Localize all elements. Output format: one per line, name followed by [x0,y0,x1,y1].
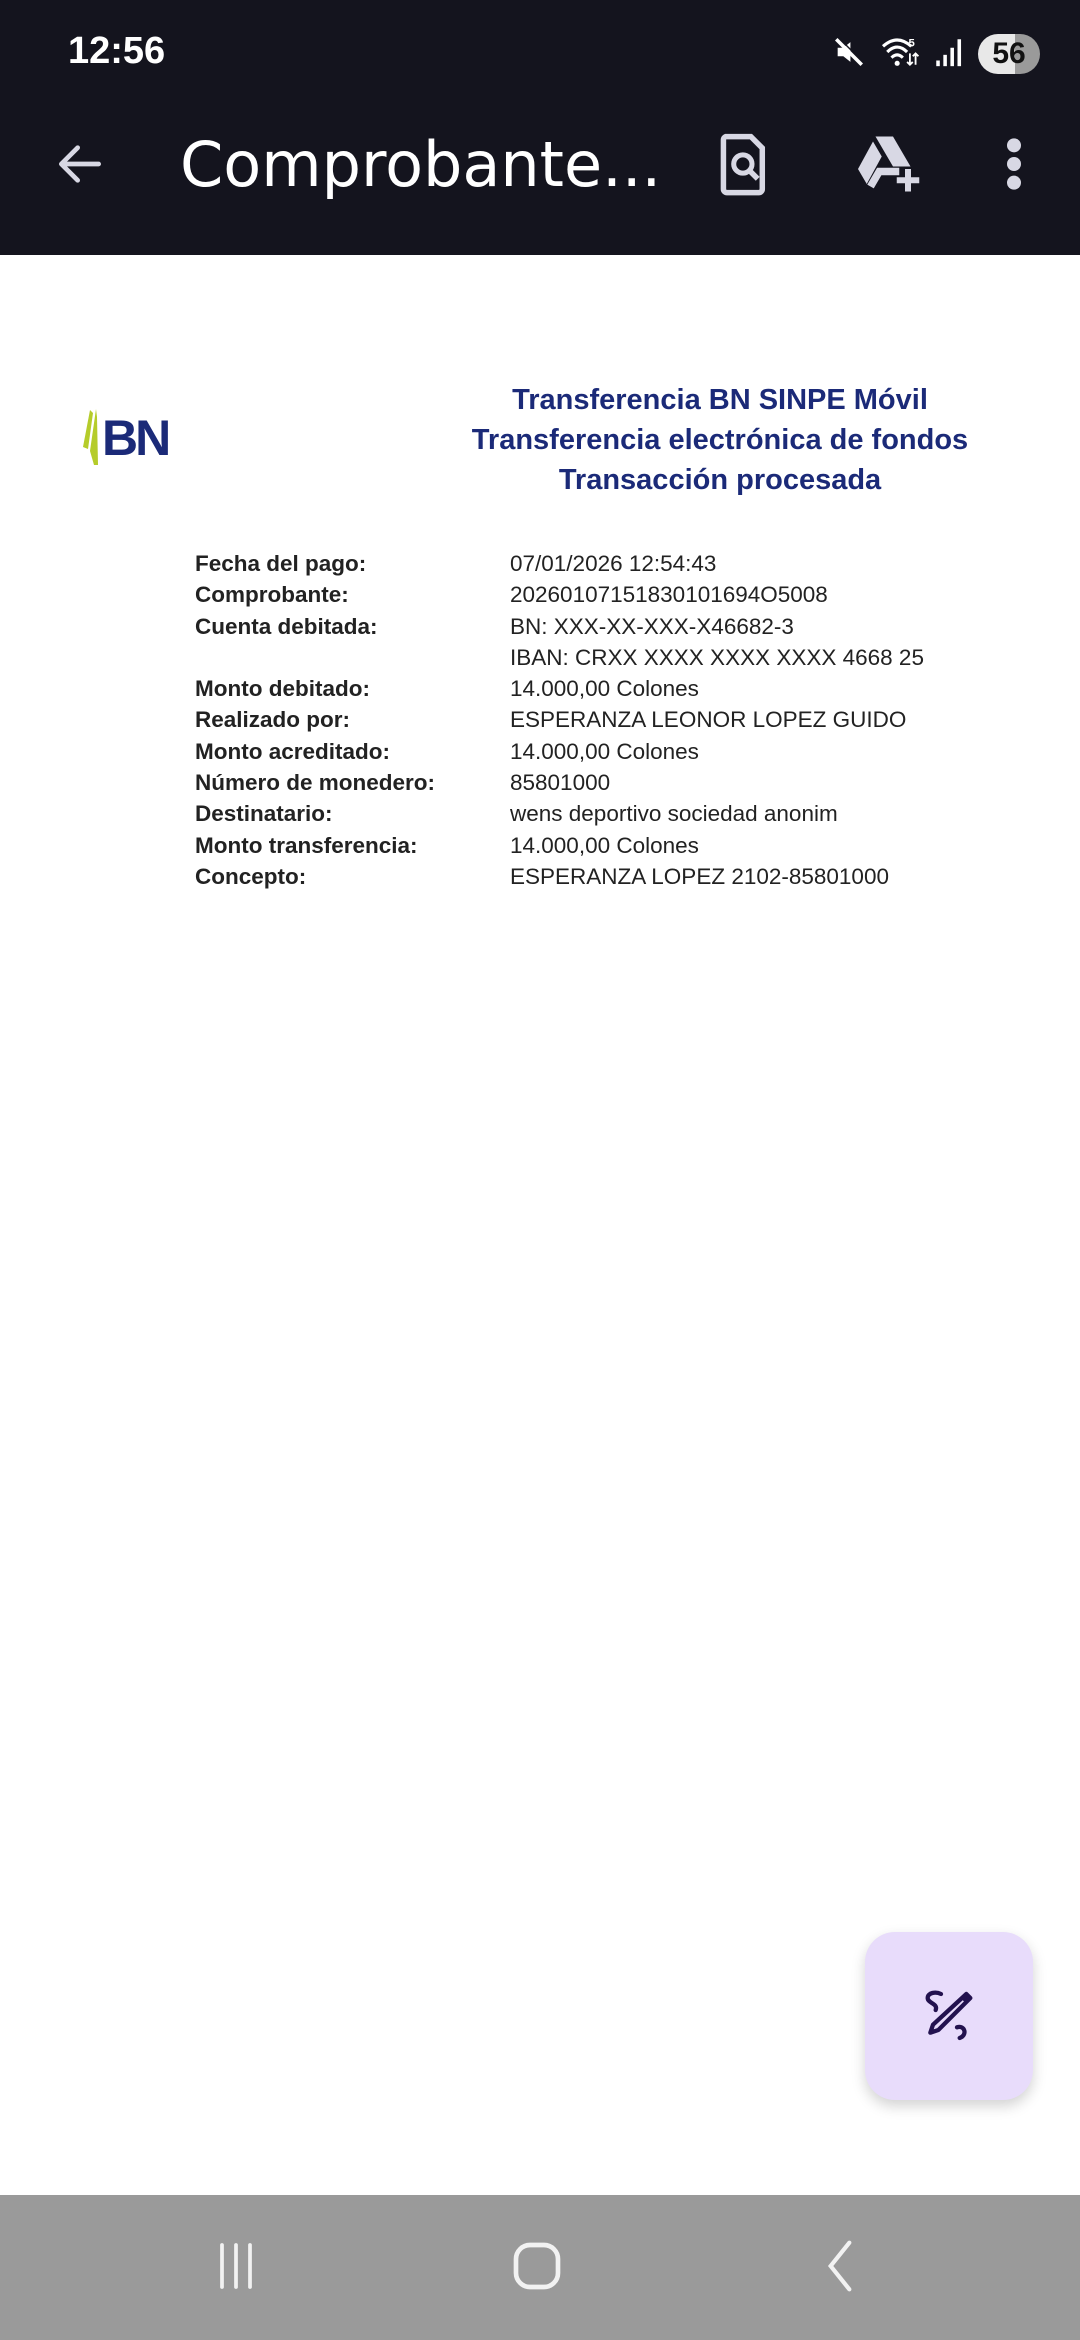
detail-row: Fecha del pago:07/01/2026 12:54:43 [195,548,924,579]
detail-label: Destinatario: [195,798,510,829]
detail-row: Monto transferencia:14.000,00 Colones [195,830,924,861]
status-icons: 5 56 [832,32,1040,76]
detail-label: Comprobante: [195,579,510,610]
detail-label: Monto transferencia: [195,830,510,861]
find-in-document-button[interactable] [712,134,776,198]
save-to-drive-button[interactable] [856,134,920,198]
recents-icon [211,2238,261,2299]
detail-value: IBAN: CRXX XXXX XXXX XXXX 4668 25 [510,642,924,673]
detail-value: 20260107151830101694O5008 [510,579,828,610]
battery-icon: 56 [978,34,1040,74]
detail-value: 07/01/2026 12:54:43 [510,548,716,579]
detail-value: ESPERANZA LEONOR LOPEZ GUIDO [510,704,906,735]
detail-label: Monto acreditado: [195,736,510,767]
detail-label: Cuenta debitada: [195,611,510,642]
back-arrow-icon [52,136,108,197]
detail-label: Monto debitado: [195,673,510,704]
receipt-header: Transferencia BN SINPE Móvil Transferenc… [430,380,1010,500]
svg-text:5: 5 [909,37,915,49]
header-line-3: Transacción procesada [430,460,1010,500]
svg-text:BN: BN [102,410,168,466]
detail-row: Concepto:ESPERANZA LOPEZ 2102-85801000 [195,861,924,892]
bn-logo: BN [78,405,198,475]
signal-icon [934,35,964,74]
drive-add-icon [855,134,921,199]
detail-value: ESPERANZA LOPEZ 2102-85801000 [510,861,889,892]
detail-row: IBAN: CRXX XXXX XXXX XXXX 4668 25 [195,642,924,673]
system-back-button[interactable] [800,2235,880,2301]
document-title: Comprobante... [180,128,661,201]
detail-row: Comprobante:20260107151830101694O5008 [195,579,924,610]
home-icon [509,2238,565,2299]
document-search-icon [716,132,772,201]
detail-value: 85801000 [510,767,610,798]
back-button[interactable] [48,134,112,198]
detail-row: Monto debitado:14.000,00 Colones [195,673,924,704]
more-options-button[interactable] [982,134,1046,198]
detail-label [195,642,510,673]
more-vert-icon [1004,136,1024,197]
pdf-page[interactable]: BN Transferencia BN SINPE Móvil Transfer… [0,255,1080,2195]
recents-button[interactable] [196,2235,276,2301]
app-bar: Comprobante... [0,110,1080,220]
header-line-2: Transferencia electrónica de fondos [430,420,1010,460]
wifi-icon: 5 [880,35,920,74]
detail-value: 14.000,00 Colones [510,673,699,704]
back-icon [818,2238,862,2299]
receipt-details: Fecha del pago:07/01/2026 12:54:43 Compr… [195,548,924,892]
home-button[interactable] [497,2235,577,2301]
detail-row: Número de monedero:85801000 [195,767,924,798]
detail-value: 14.000,00 Colones [510,830,699,861]
header-line-1: Transferencia BN SINPE Móvil [430,380,1010,420]
detail-row: Monto acreditado:14.000,00 Colones [195,736,924,767]
detail-value: BN: XXX-XX-XXX-X46682-3 [510,611,794,642]
status-time: 12:56 [68,30,165,73]
annotate-fab-button[interactable] [865,1932,1033,2100]
detail-value: 14.000,00 Colones [510,736,699,767]
system-nav-bar [0,2195,1080,2340]
detail-label: Fecha del pago: [195,548,510,579]
detail-row: Cuenta debitada:BN: XXX-XX-XXX-X46682-3 [195,611,924,642]
detail-label: Concepto: [195,861,510,892]
detail-row: Destinatario:wens deportivo sociedad ano… [195,798,924,829]
detail-label: Número de monedero: [195,767,510,798]
detail-label: Realizado por: [195,704,510,735]
top-bar: 12:56 5 56 Comprobante... [0,0,1080,255]
mute-icon [832,35,866,74]
detail-value: wens deportivo sociedad anonim [510,798,838,829]
detail-row: Realizado por:ESPERANZA LEONOR LOPEZ GUI… [195,704,924,735]
draw-annotate-icon [917,1982,981,2051]
